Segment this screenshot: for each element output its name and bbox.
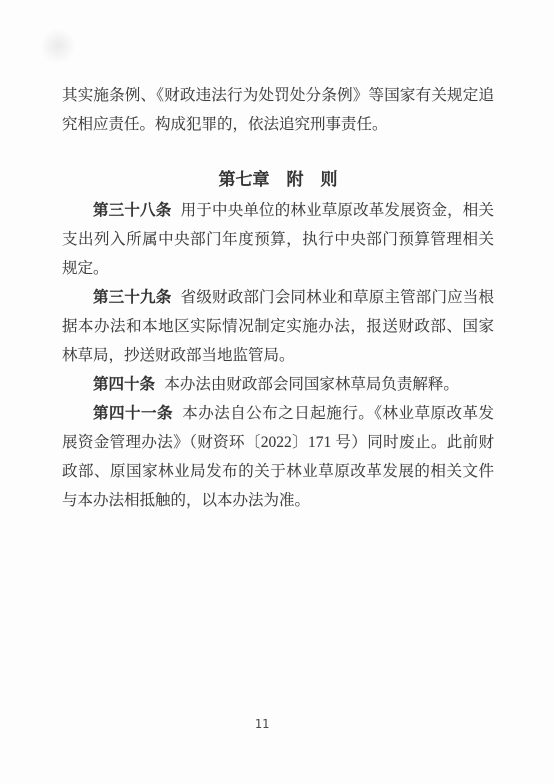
article-38-number: 第三十八条 — [93, 202, 171, 219]
document-page: 其实施条例、《财政违法行为处罚处分条例》等国家有关规定追究相应责任。构成犯罪的，… — [0, 0, 554, 784]
article-39-paragraph: 第三十九条省级财政部门会同林业和草原主管部门应当根据本办法和本地区实际情况制定实… — [62, 283, 494, 370]
article-38-paragraph: 第三十八条用于中央单位的林业草原改革发展资金，相关支出列入所属中央部门年度预算，… — [62, 196, 494, 283]
article-41-paragraph: 第四十一条本办法自公布之日起施行。《林业草原改革发展资金管理办法》（财资环〔20… — [62, 399, 494, 515]
article-40-paragraph: 第四十条本办法由财政部会同国家林草局负责解释。 — [62, 370, 494, 399]
chapter-heading: 第七章 附 则 — [62, 165, 494, 194]
document-content: 其实施条例、《财政违法行为处罚处分条例》等国家有关规定追究相应责任。构成犯罪的，… — [62, 81, 494, 515]
scan-smudge — [40, 28, 76, 64]
page-number: 11 — [0, 717, 524, 731]
article-40-number: 第四十条 — [93, 376, 155, 393]
article-40-text: 本办法由财政部会同国家林草局负责解释。 — [164, 376, 459, 393]
article-41-number: 第四十一条 — [93, 405, 173, 422]
article-39-number: 第三十九条 — [93, 289, 171, 306]
paragraph-continuation: 其实施条例、《财政违法行为处罚处分条例》等国家有关规定追究相应责任。构成犯罪的，… — [62, 81, 494, 139]
